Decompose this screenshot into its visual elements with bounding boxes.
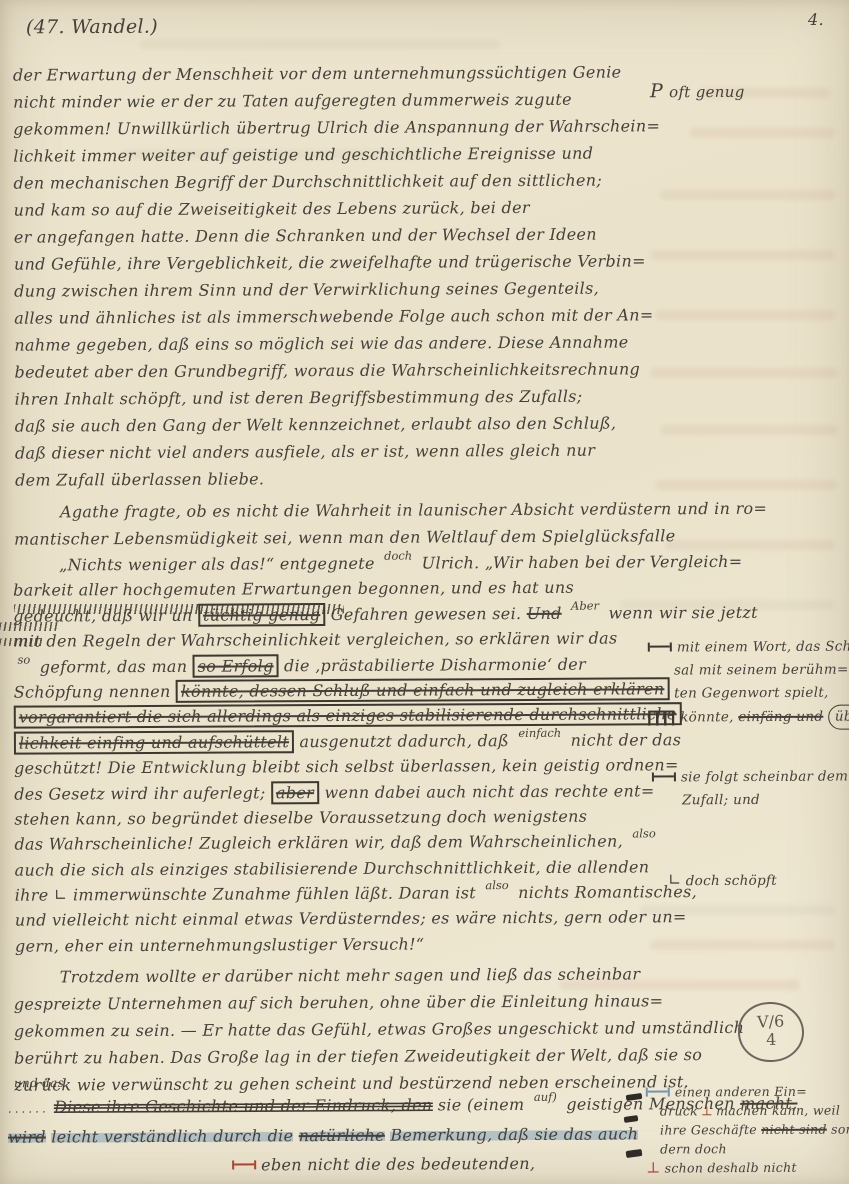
text-segment: die ‚prästabilierte Disharmonie‘ der xyxy=(284,654,586,675)
chapter-title: (47. Wandel.) xyxy=(26,16,158,39)
text-line: lichkeit einfing und aufschüttelt ausgen… xyxy=(14,727,654,756)
blue-crayon-segment: leicht verständlich durch die xyxy=(51,1126,293,1146)
text-line: der Erwartung der Menschheit vor dem unt… xyxy=(13,58,649,88)
text-line: des Gesetz wird ihr auferlegt; aber wenn… xyxy=(14,778,654,807)
text-line: dung zwischen ihrem Sinn und der Verwirk… xyxy=(14,274,650,304)
margin-note-line: ⊥schon deshalb nicht xyxy=(646,1157,849,1177)
bleed-through-line xyxy=(650,368,838,378)
text-line: ihre ∟ immerwünschte Zunahme fühlen läßt… xyxy=(15,879,655,908)
margin-note-line: ten Gegenwort spielt, xyxy=(648,681,849,705)
text-segment: sie (einem xyxy=(438,1095,525,1114)
margin-note-line: Zufall; und xyxy=(652,788,848,812)
shelfmark-bottom: 4 xyxy=(740,1027,803,1053)
margin-note-word: mit einem Wort, das Schick= sal mit sein… xyxy=(648,635,849,730)
text-line: er angefangen hatte. Denn die Schranken … xyxy=(14,220,650,250)
margin-note-text: doch schöpft xyxy=(686,873,777,889)
text-line: und vielleicht nicht einmal etwas Verdüs… xyxy=(15,905,655,934)
paragraph-4: Trotzdem wollte er darüber nicht mehr sa… xyxy=(14,960,655,1098)
interlinear-insertion: einfach xyxy=(518,726,561,740)
margin-insertion-note: Poft genug xyxy=(650,80,745,102)
text-segment: Ulrich. „Wir haben bei der Vergleich= xyxy=(422,552,743,573)
struck-segment: einfäng und xyxy=(738,709,823,725)
text-segment: das Wahrscheinliche! Zugleich erklären w… xyxy=(14,832,623,854)
boxed-deleted-segment: so Erfolg xyxy=(193,654,279,677)
text-segment: „Nichts weniger als das!“ entgegnete xyxy=(59,554,375,575)
margin-note-zufall: sie folgt scheinbar dem Zufall; und xyxy=(652,765,849,812)
text-segment: nicht der das xyxy=(571,730,682,750)
text-line: gern, eher ein unternehmungslustiger Ver… xyxy=(15,930,655,959)
text-segment: des Gesetz wird ihr auferlegt; xyxy=(14,783,265,803)
margin-note-line: ihre Geschäfte nicht sind son= xyxy=(646,1119,849,1139)
text-line: geschützt! Die Entwicklung bleibt sich s… xyxy=(14,752,654,781)
insertion-mark-icon xyxy=(652,772,676,781)
margin-note-text: einen anderen Ein= xyxy=(675,1084,807,1100)
text-line: mit den Regeln der Wahrscheinlichkeit ve… xyxy=(13,625,653,654)
interlinear-insertion: also xyxy=(632,827,655,841)
interlinear-insertion: so xyxy=(17,652,30,666)
page-number: 4. xyxy=(808,10,824,29)
text-line: den mechanischen Begriff der Durchschnit… xyxy=(13,166,649,196)
scribble-deletion xyxy=(14,604,344,614)
text-line: nahme gegeben, daß eins so möglich sei w… xyxy=(14,328,650,358)
text-line: so geformt, das man so Erfolg die ‚präst… xyxy=(13,651,653,680)
margin-note-line: sie folgt scheinbar dem xyxy=(652,765,848,789)
interlinear-insertion: und das xyxy=(14,1076,64,1090)
text-line: das Wahrscheinliche! Zugleich erklären w… xyxy=(14,829,654,858)
blue-insertion-mark-icon xyxy=(646,1087,670,1096)
text-segment: wenn wir sie jetzt xyxy=(608,603,758,623)
struck-segment: Und xyxy=(527,604,562,623)
text-line: ...... Diese ihre Geschichte und der Ein… xyxy=(8,1090,648,1120)
margin-note-text: son= xyxy=(831,1121,849,1136)
red-caret-mark-icon: ⊥ xyxy=(701,1103,713,1118)
text-segment: Schöpfung nennen xyxy=(14,682,171,702)
corner-mark-icon: ∟ xyxy=(54,885,68,904)
text-line: ihren Inhalt schöpft, und ist deren Begr… xyxy=(15,382,651,412)
text-line: mantischer Lebensmüdigkeit sei, wenn man… xyxy=(14,522,650,552)
bleed-through-line xyxy=(650,940,835,950)
margin-note-line: mit einem Wort, das Schick= xyxy=(648,635,849,659)
shelfmark-circle: V/6 4 xyxy=(737,1001,805,1063)
manuscript-page: (47. Wandel.) 4. Poft genug der Erwartun… xyxy=(0,0,849,1184)
bleed-through-line xyxy=(660,425,838,435)
text-line: auch die sich als einziges stabilisieren… xyxy=(15,854,655,883)
margin-note-text: ihre Geschäfte xyxy=(660,1122,757,1138)
bleed-through-line xyxy=(660,190,835,200)
bleed-through-line xyxy=(655,310,835,320)
text-line: daß sie auch den Gang der Welt kennzeich… xyxy=(15,409,651,439)
text-line: alles und ähnliches ist als immerschwebe… xyxy=(14,301,650,331)
text-segment: Gefahren gewesen sei. xyxy=(331,604,522,624)
struck-segment: nicht sind xyxy=(761,1122,827,1137)
bleed-through-line xyxy=(690,128,835,138)
margin-note-text: druck xyxy=(660,1103,698,1118)
text-line: Schöpfung nennen könnte, dessen Schluß u… xyxy=(14,676,654,705)
text-line: gekommen! Unwillkürlich übertrug Ulrich … xyxy=(13,112,649,142)
text-segment: eben nicht die des bedeutenden, xyxy=(261,1154,535,1174)
boxed-deleted-segment: vorgarantiert die sich allerdings als ei… xyxy=(14,703,682,729)
insertion-mark-icon: P xyxy=(650,80,663,102)
interlinear-insertion: also xyxy=(485,878,508,892)
paragraph-1: der Erwartung der Menschheit vor dem unt… xyxy=(13,58,651,493)
circled-word: überaus xyxy=(828,704,849,729)
margin-note-text: sie folgt scheinbar dem xyxy=(681,768,848,785)
margin-note-text: könnte, xyxy=(680,709,734,725)
margin-note-doch: ∟doch schöpft xyxy=(668,868,777,894)
bottom-revision-block: ...... Diese ihre Geschichte und der Ein… xyxy=(8,1090,648,1179)
margin-note-line: könnte, einfäng und überaus xyxy=(648,704,849,730)
text-line: nicht minder wie er der zu Taten aufgere… xyxy=(13,85,649,115)
tally-gate-icon xyxy=(648,711,674,726)
text-line: bedeutet aber den Grundbegriff, woraus d… xyxy=(14,355,650,385)
paragraph-2: Agathe fragte, ob es nicht die Wahrheit … xyxy=(14,495,650,552)
boxed-deleted-segment: lichkeit einfing und aufschüttelt xyxy=(14,730,294,754)
blue-crayon-segment: Bemerkung, daß sie das auch xyxy=(390,1124,638,1144)
bleed-through-line xyxy=(655,480,837,490)
insertion-mark-icon xyxy=(648,642,672,651)
text-line: und kam so auf die Zweiseitigkeit des Le… xyxy=(14,193,650,223)
text-line-blue-crayon: wird leicht verständlich durch die natür… xyxy=(8,1120,648,1150)
margin-insertion-text: oft genug xyxy=(669,83,745,101)
text-line: und Gefühle, ihre Vergeblichkeit, die zw… xyxy=(14,247,650,277)
text-line: dem Zufall überlassen bliebe. xyxy=(15,463,651,493)
margin-note-line: einen anderen Ein= xyxy=(646,1081,849,1101)
boxed-deleted-segment: könnte, dessen Schluß und einfach und zu… xyxy=(176,677,670,703)
text-line: eben nicht die des bedeutenden, xyxy=(8,1149,648,1179)
margin-note-line: dern doch xyxy=(646,1138,849,1158)
text-line: Agathe fragte, ob es nicht die Wahrheit … xyxy=(14,495,650,525)
interlinear-insertion: auf) xyxy=(534,1090,557,1104)
margin-note-eindruck: einen anderen Ein= druck⊥machen kann, we… xyxy=(646,1081,849,1177)
margin-note-text: mit einem Wort, das Schick= xyxy=(677,638,849,655)
text-segment: geformt, das man xyxy=(40,656,188,676)
margin-note-text: schon deshalb nicht xyxy=(665,1160,797,1176)
text-segment: ihre xyxy=(15,886,49,905)
heavily-struck-segment: Diese ihre Geschichte und der Eindruck, … xyxy=(54,1095,432,1116)
scribble-deletion xyxy=(0,638,44,646)
bleed-through-line xyxy=(140,40,500,49)
interlinear-insertion: doch xyxy=(384,549,412,563)
interlinear-insertion: Aber xyxy=(571,598,599,612)
text-line: stehen kann, so begründet dieselbe Vorau… xyxy=(14,803,654,832)
text-line: gekommen zu sein. — Er hatte das Gefühl,… xyxy=(14,1014,654,1044)
text-line: Trotzdem wollte er darüber nicht mehr sa… xyxy=(14,960,654,990)
scribble-deletion xyxy=(0,622,58,631)
text-line: berührt zu haben. Das Große lag in der t… xyxy=(14,1041,654,1071)
text-line: lichkeit immer weiter auf geistige und g… xyxy=(13,139,649,169)
margin-note-line: sal mit seinem berühm= xyxy=(648,658,849,682)
text-line: gespreizte Unternehmen auf sich beruhen,… xyxy=(14,987,654,1017)
text-line: „Nichts weniger als das!“ entgegnete doc… xyxy=(13,549,653,578)
text-segment: immerwünschte Zunahme fühlen läßt. Daran… xyxy=(73,883,476,904)
margin-note-line: druck⊥machen kann, weil xyxy=(646,1100,849,1120)
ellipsis-segment: ...... xyxy=(8,1101,49,1115)
boxed-deleted-segment: aber xyxy=(271,781,319,804)
text-segment: ausgenutzt dadurch, daß xyxy=(299,731,509,751)
blue-crayon-struck-segment: wird xyxy=(8,1127,46,1146)
blue-crayon-struck-segment: natürliche xyxy=(299,1126,385,1145)
corner-mark-icon: ∟ xyxy=(668,870,682,889)
bleed-through-line xyxy=(650,250,835,260)
text-line: barkeit aller hochgemuten Erwartungen be… xyxy=(13,575,653,604)
text-line: daß dieser nicht viel anders ausfiele, a… xyxy=(15,436,651,466)
margin-note-text: machen kann, weil xyxy=(716,1103,840,1119)
red-insertion-mark-icon xyxy=(232,1160,256,1169)
red-caret-mark-icon: ⊥ xyxy=(646,1158,661,1176)
text-segment: wenn dabei auch nicht das rechte ent= xyxy=(324,781,654,802)
